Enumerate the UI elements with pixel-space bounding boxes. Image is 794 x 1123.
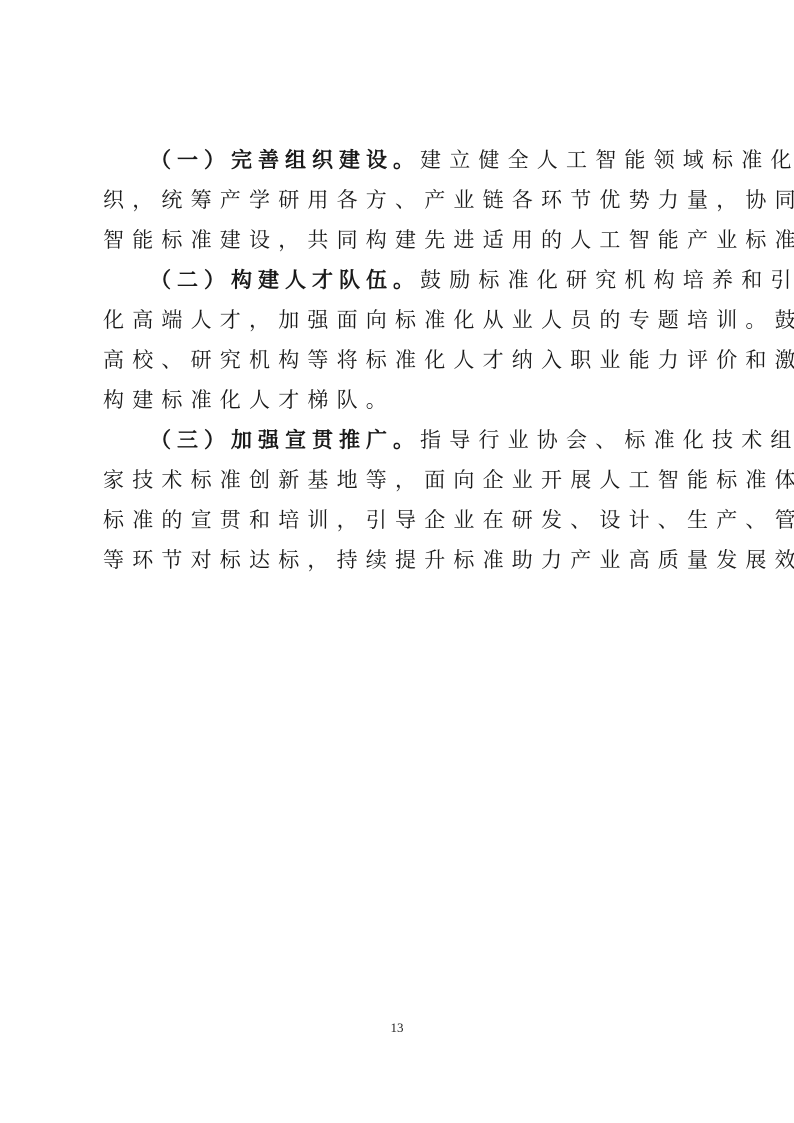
section-organization: （一）完善组织建设。建立健全人工智能领域标准化技术组 织，统筹产学研用各方、产业… <box>103 140 695 260</box>
paragraph-line: 等环节对标达标，持续提升标准助力产业高质量发展效能。 <box>103 540 695 580</box>
section-promotion: （三）加强宣贯推广。指导行业协会、标准化技术组织、国 家技术标准创新基地等，面向… <box>103 420 695 580</box>
paragraph-line: 智能标准建设，共同构建先进适用的人工智能产业标准体系。 <box>103 220 695 260</box>
paragraph-line: 化高端人才，加强面向标准化从业人员的专题培训。鼓励企业、 <box>103 300 695 340</box>
paragraph-line: （三）加强宣贯推广。指导行业协会、标准化技术组织、国 <box>103 420 695 460</box>
document-body: （一）完善组织建设。建立健全人工智能领域标准化技术组 织，统筹产学研用各方、产业… <box>103 140 695 580</box>
paragraph-text: 鼓励标准化研究机构培养和引进标准 <box>420 268 794 292</box>
document-page: （一）完善组织建设。建立健全人工智能领域标准化技术组 织，统筹产学研用各方、产业… <box>0 0 794 1123</box>
paragraph-text: 建立健全人工智能领域标准化技术组 <box>420 148 794 172</box>
section-talent: （二）构建人才队伍。鼓励标准化研究机构培养和引进标准 化高端人才，加强面向标准化… <box>103 260 695 420</box>
paragraph-line: 标准的宣贯和培训，引导企业在研发、设计、生产、管理、检测 <box>103 500 695 540</box>
page-number: 13 <box>0 1020 794 1036</box>
paragraph-line: （二）构建人才队伍。鼓励标准化研究机构培养和引进标准 <box>103 260 695 300</box>
paragraph-line: 织，统筹产学研用各方、产业链各环节优势力量，协同推进人工 <box>103 180 695 220</box>
paragraph-line: 高校、研究机构等将标准化人才纳入职业能力评价和激励范围， <box>103 340 695 380</box>
paragraph-line: 构建标准化人才梯队。 <box>103 380 695 420</box>
section-heading: （一）完善组织建设。 <box>150 147 420 172</box>
paragraph-line: （一）完善组织建设。建立健全人工智能领域标准化技术组 <box>103 140 695 180</box>
section-heading: （二）构建人才队伍。 <box>150 267 420 292</box>
paragraph-line: 家技术标准创新基地等，面向企业开展人工智能标准体系、重点 <box>103 460 695 500</box>
paragraph-text: 指导行业协会、标准化技术组织、国 <box>420 428 794 452</box>
section-heading: （三）加强宣贯推广。 <box>150 427 420 452</box>
